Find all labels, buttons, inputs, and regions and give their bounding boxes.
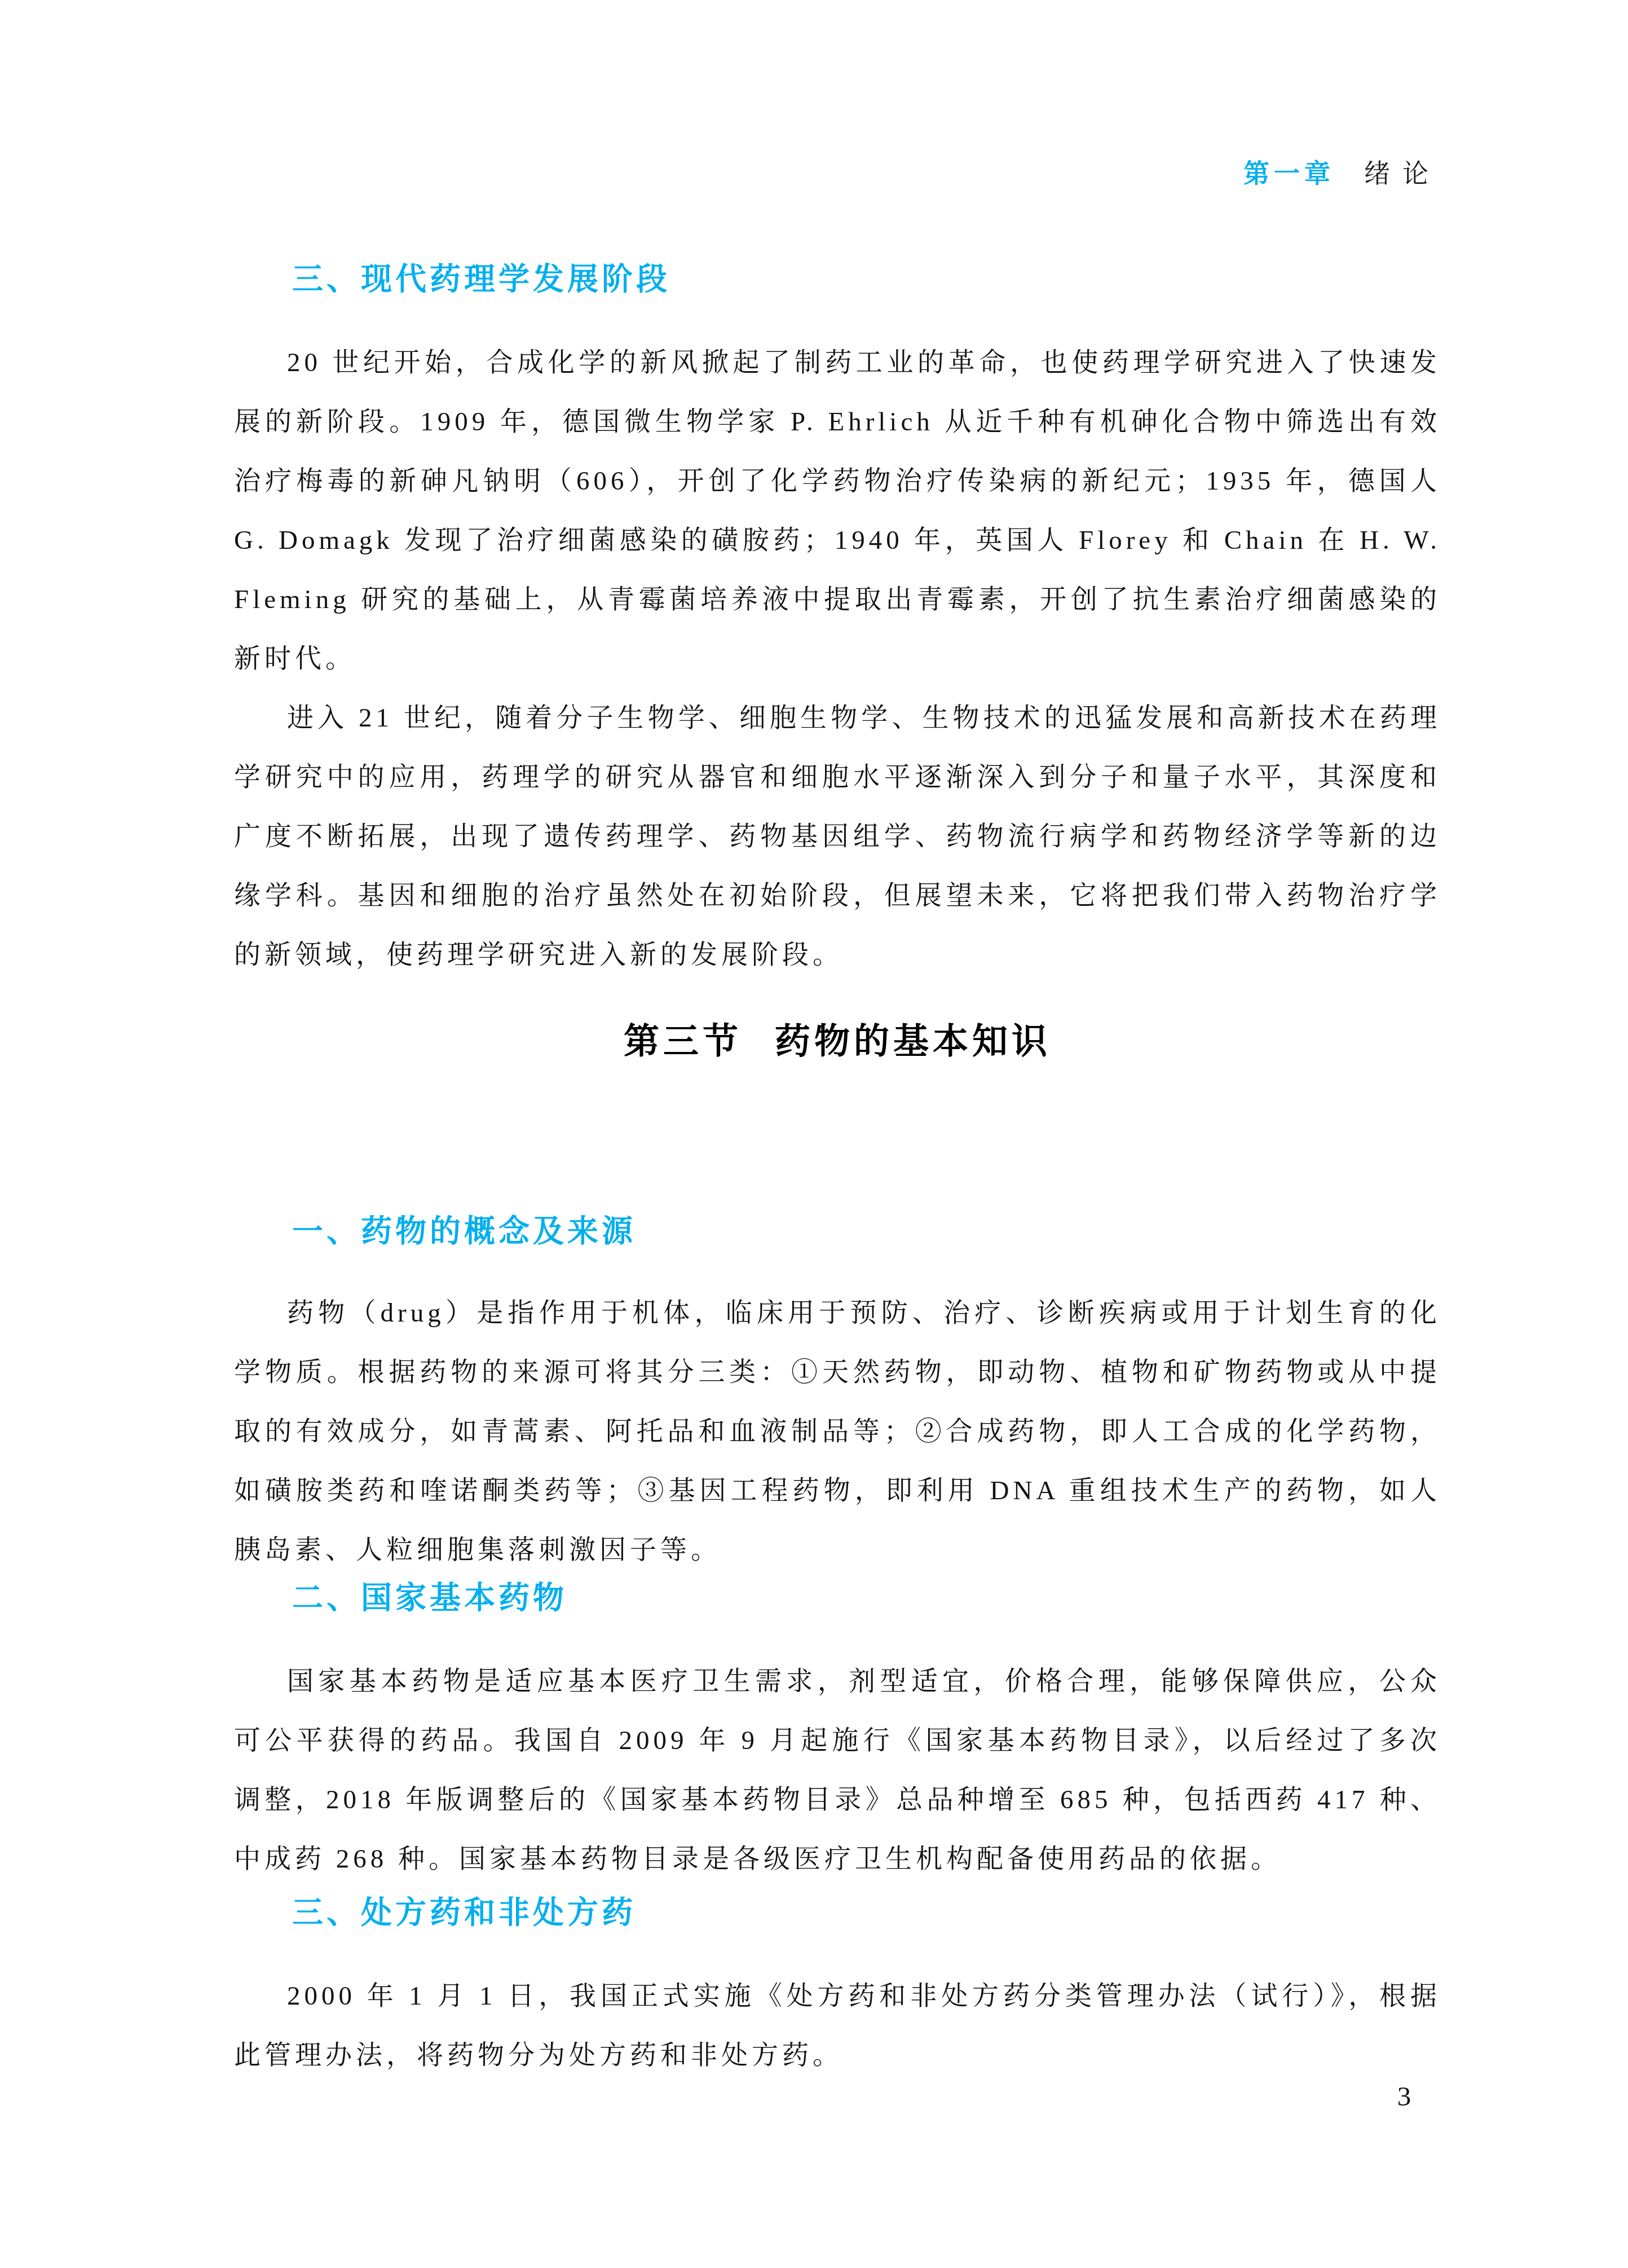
running-head-chapter: 第一章 xyxy=(1243,158,1335,188)
paragraph-rx-otc: 2000 年 1 月 1 日，我国正式实施《处方药和非处方药分类管理办法（试行）… xyxy=(234,1967,1441,2085)
running-head-chapter-title: 绪论 xyxy=(1364,159,1441,188)
page-number: 3 xyxy=(1370,2080,1438,2112)
section-title: 第三节药物的基本知识 xyxy=(234,1020,1441,1063)
heading-modern-pharmacology-stage: 三、现代药理学发展阶段 xyxy=(292,261,670,297)
paragraph-modern-stage-2: 进入 21 世纪，随着分子生物学、细胞生物学、生物技术的迅猛发展和高新技术在药理… xyxy=(234,689,1441,985)
paragraph-drug-concept: 药物（drug）是指作用于机体，临床用于预防、治疗、诊断疾病或用于计划生育的化学… xyxy=(234,1284,1441,1580)
paragraph-essential-drugs: 国家基本药物是适应基本医疗卫生需求，剂型适宜，价格合理，能够保障供应，公众可公平… xyxy=(234,1652,1441,1889)
book-page: 第一章绪论 三、现代药理学发展阶段 20 世纪开始，合成化学的新风掀起了制药工业… xyxy=(0,0,1628,2268)
heading-drug-concept-source: 一、药物的概念及来源 xyxy=(292,1213,636,1249)
section-name: 药物的基本知识 xyxy=(775,1021,1051,1061)
heading-rx-and-otc-drugs: 三、处方药和非处方药 xyxy=(292,1894,636,1930)
running-head: 第一章绪论 xyxy=(234,158,1441,188)
heading-national-essential-drugs: 二、国家基本药物 xyxy=(292,1579,567,1615)
section-number: 第三节 xyxy=(624,1021,742,1061)
paragraph-modern-stage-1: 20 世纪开始，合成化学的新风掀起了制药工业的革命，也使药理学研究进入了快速发展… xyxy=(234,333,1441,689)
